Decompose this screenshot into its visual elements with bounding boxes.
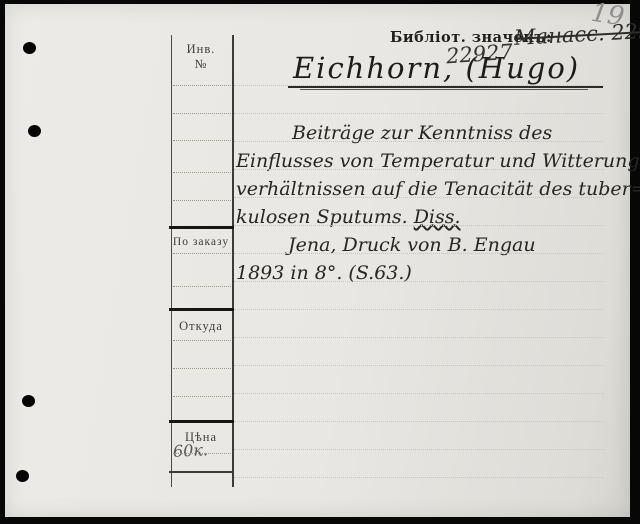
- inventory-number-label: Инв. №: [171, 42, 231, 72]
- punch-hole: [23, 42, 36, 54]
- ruled-line: [173, 396, 231, 397]
- price-value-handwritten: 60к.: [173, 440, 209, 461]
- ruled-line: [173, 172, 231, 173]
- entry-line: Jena, Druck von B. Engau: [236, 231, 620, 259]
- punch-hole: [28, 125, 41, 137]
- ruled-line: [234, 197, 604, 198]
- ruled-line: [173, 200, 231, 201]
- ruled-line: [173, 113, 231, 114]
- ruled-line: [173, 340, 231, 341]
- ruled-line: [234, 393, 604, 394]
- ruled-line: [234, 113, 604, 114]
- ruled-line: [234, 477, 604, 478]
- ruled-line: [234, 281, 604, 282]
- entry-line: kulosen Sputums. Diss.: [236, 203, 620, 231]
- author-heading: Eichhorn, (Hugo): [293, 51, 580, 85]
- column-divider: [169, 226, 234, 229]
- entry-line: verhältnissen auf die Tenacität des tube…: [236, 175, 620, 203]
- ruled-line: [234, 225, 604, 226]
- ruled-line: [173, 140, 231, 141]
- ruled-line: [234, 365, 604, 366]
- order-label: По заказу: [171, 236, 231, 248]
- scanned-catalog-card-page: Инв. № По заказу Откуда Цѣна 60к. Библіо…: [0, 0, 640, 524]
- ruled-line: [173, 368, 231, 369]
- ruled-line: [173, 286, 231, 287]
- column-divider: [169, 308, 234, 311]
- column-divider: [169, 471, 234, 473]
- origin-label: Откуда: [171, 319, 231, 334]
- ruled-line: [234, 449, 604, 450]
- corner-pencil-number: 19: [589, 0, 626, 32]
- ruled-line: [173, 85, 231, 86]
- ruled-line: [234, 85, 604, 86]
- column-divider: [169, 420, 234, 423]
- entry-line: Beiträge zur Kenntniss des: [236, 119, 620, 147]
- bibliographic-entry: Beiträge zur Kenntniss des Einflusses vo…: [236, 119, 620, 287]
- ruled-line: [234, 337, 604, 338]
- entry-line: Einflusses von Temperatur und Witterungs…: [236, 147, 620, 175]
- ruled-line: [234, 309, 604, 310]
- heading-underline-thin: [300, 89, 588, 90]
- ruled-line: [173, 253, 231, 254]
- heading-underline: [288, 86, 603, 88]
- entry-line: 1893 in 8°. (S.63.): [236, 259, 620, 287]
- ruled-line: [173, 453, 231, 454]
- ruled-line: [234, 141, 604, 142]
- ruled-line: [234, 421, 604, 422]
- ruled-line: [234, 253, 604, 254]
- punch-hole: [16, 470, 29, 482]
- punch-hole: [22, 395, 35, 407]
- ruled-line: [234, 169, 604, 170]
